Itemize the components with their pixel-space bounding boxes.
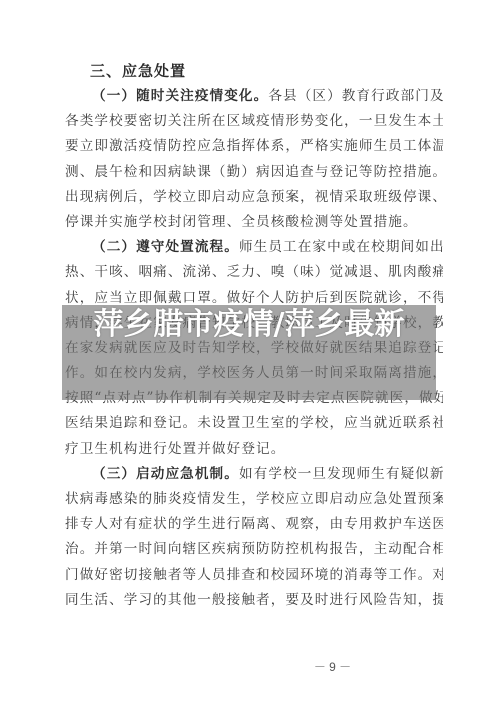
paragraph-2-line-8: 医结果追踪和登记。未设置卫生室的学校，应当就近联系社区医 xyxy=(65,411,443,436)
paragraph-1-label: （一）随时关注疫情变化。 xyxy=(92,88,268,104)
paragraph-3-line-4: 治。并第一时间向辖区疾病预防防控机构报告，主动配合相关部 xyxy=(65,537,443,562)
paragraph-1-line-2: 各类学校要密切关注所在区域疫情形势变化，一旦发生本土疫情 xyxy=(65,109,443,134)
paragraph-1-line-5: 出现病例后，学校立即启动应急预案，视情采取班级停课、全校 xyxy=(65,185,443,210)
paragraph-3-line-1: （三）启动应急机制。如有学校一旦发现师生有疑似新型冠 xyxy=(65,462,443,487)
paragraph-1-line-1: （一）随时关注疫情变化。各县（区）教育行政部门及各级 xyxy=(65,84,443,109)
paragraph-1-line-4: 测、晨午检和因病缺课（勤）病因追查与登记等防控措施。校园 xyxy=(65,160,443,185)
overlay-title: 萍乡腊市疫情/萍乡最新 xyxy=(62,307,436,343)
paragraph-3-line-6: 同生活、学习的其他一般接触者，要及时进行风险告知，提醒其 xyxy=(65,588,443,613)
page-number: － 9 － xyxy=(0,658,500,675)
paragraph-3-line-3: 排专人对有症状的学生进行隔离、观察，由专用救护车送医院诊 xyxy=(65,512,443,537)
paragraph-1-line-3: 要立即激活疫情防控应急指挥体系，严格实施师生员工体温检 xyxy=(65,134,443,159)
paragraph-3-label: （三）启动应急机制。 xyxy=(92,466,239,482)
paragraph-2-label: （二）遵守处置流程。 xyxy=(92,239,239,255)
paragraph-1-line-6: 停课并实施学校封闭管理、全员核酸检测等处置措施。 xyxy=(65,210,443,235)
paragraph-2-line-9: 疗卫生机构进行处置并做好登记。 xyxy=(65,437,443,462)
paragraph-2-line-1: （二）遵守处置流程。师生员工在家中或在校期间如出现发 xyxy=(65,235,443,260)
paragraph-3-line-5: 门做好密切接触者等人员排查和校园环境的消毒等工作。对其共 xyxy=(65,563,443,588)
paragraph-3-line-2: 状病毒感染的肺炎疫情发生，学校应立即启动应急处置预案，安 xyxy=(65,487,443,512)
paragraph-2-line-2: 热、干咳、咽痛、流涕、乏力、嗅（味）觉减退、肌肉酸痛等症 xyxy=(65,260,443,285)
section-heading: 三、应急处置 xyxy=(90,60,186,81)
